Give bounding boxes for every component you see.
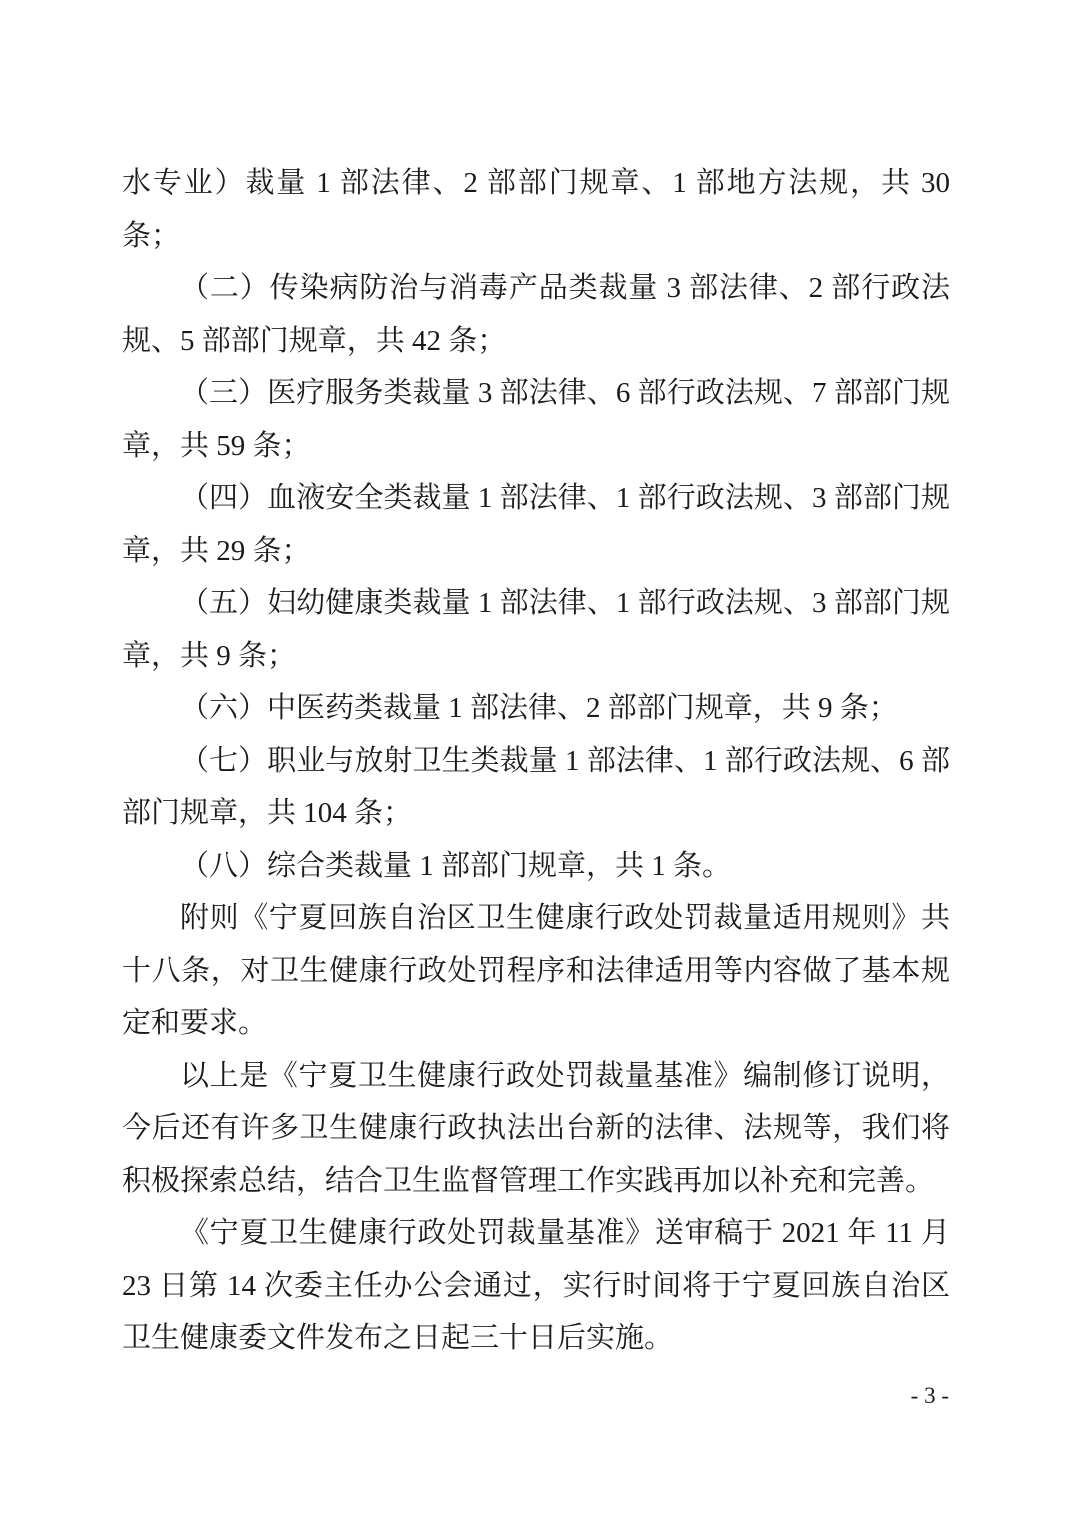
paragraph-continuation: 水专业）裁量 1 部法律、2 部部门规章、1 部地方法规，共 30 条； [122,157,950,262]
document-body: 水专业）裁量 1 部法律、2 部部门规章、1 部地方法规，共 30 条； （二）… [122,157,950,1365]
paragraph-appendix-rules: 附则《宁夏回族自治区卫生健康行政处罚裁量适用规则》共十八条，对卫生健康行政处罚程… [122,892,950,1050]
paragraph-item-5: （五）妇幼健康类裁量 1 部法律、1 部行政法规、3 部部门规章，共 9 条； [122,577,950,682]
paragraph-item-3: （三）医疗服务类裁量 3 部法律、6 部行政法规、7 部部门规章，共 59 条； [122,367,950,472]
paragraph-item-8: （八）综合类裁量 1 部部门规章，共 1 条。 [122,840,950,893]
page-number: - 3 - [911,1381,949,1411]
paragraph-summary: 以上是《宁夏卫生健康行政处罚裁量基准》编制修订说明，今后还有许多卫生健康行政执法… [122,1050,950,1208]
paragraph-item-4: （四）血液安全类裁量 1 部法律、1 部行政法规、3 部部门规章，共 29 条； [122,472,950,577]
paragraph-approval-info: 《宁夏卫生健康行政处罚裁量基准》送审稿于 2021 年 11 月 23 日第 1… [122,1207,950,1365]
paragraph-item-6: （六）中医药类裁量 1 部法律、2 部部门规章，共 9 条； [122,682,950,735]
paragraph-item-2: （二）传染病防治与消毒产品类裁量 3 部法律、2 部行政法规、5 部部门规章，共… [122,262,950,367]
paragraph-item-7: （七）职业与放射卫生类裁量 1 部法律、1 部行政法规、6 部部门规章，共 10… [122,735,950,840]
document-page: 水专业）裁量 1 部法律、2 部部门规章、1 部地方法规，共 30 条； （二）… [0,0,1074,1520]
